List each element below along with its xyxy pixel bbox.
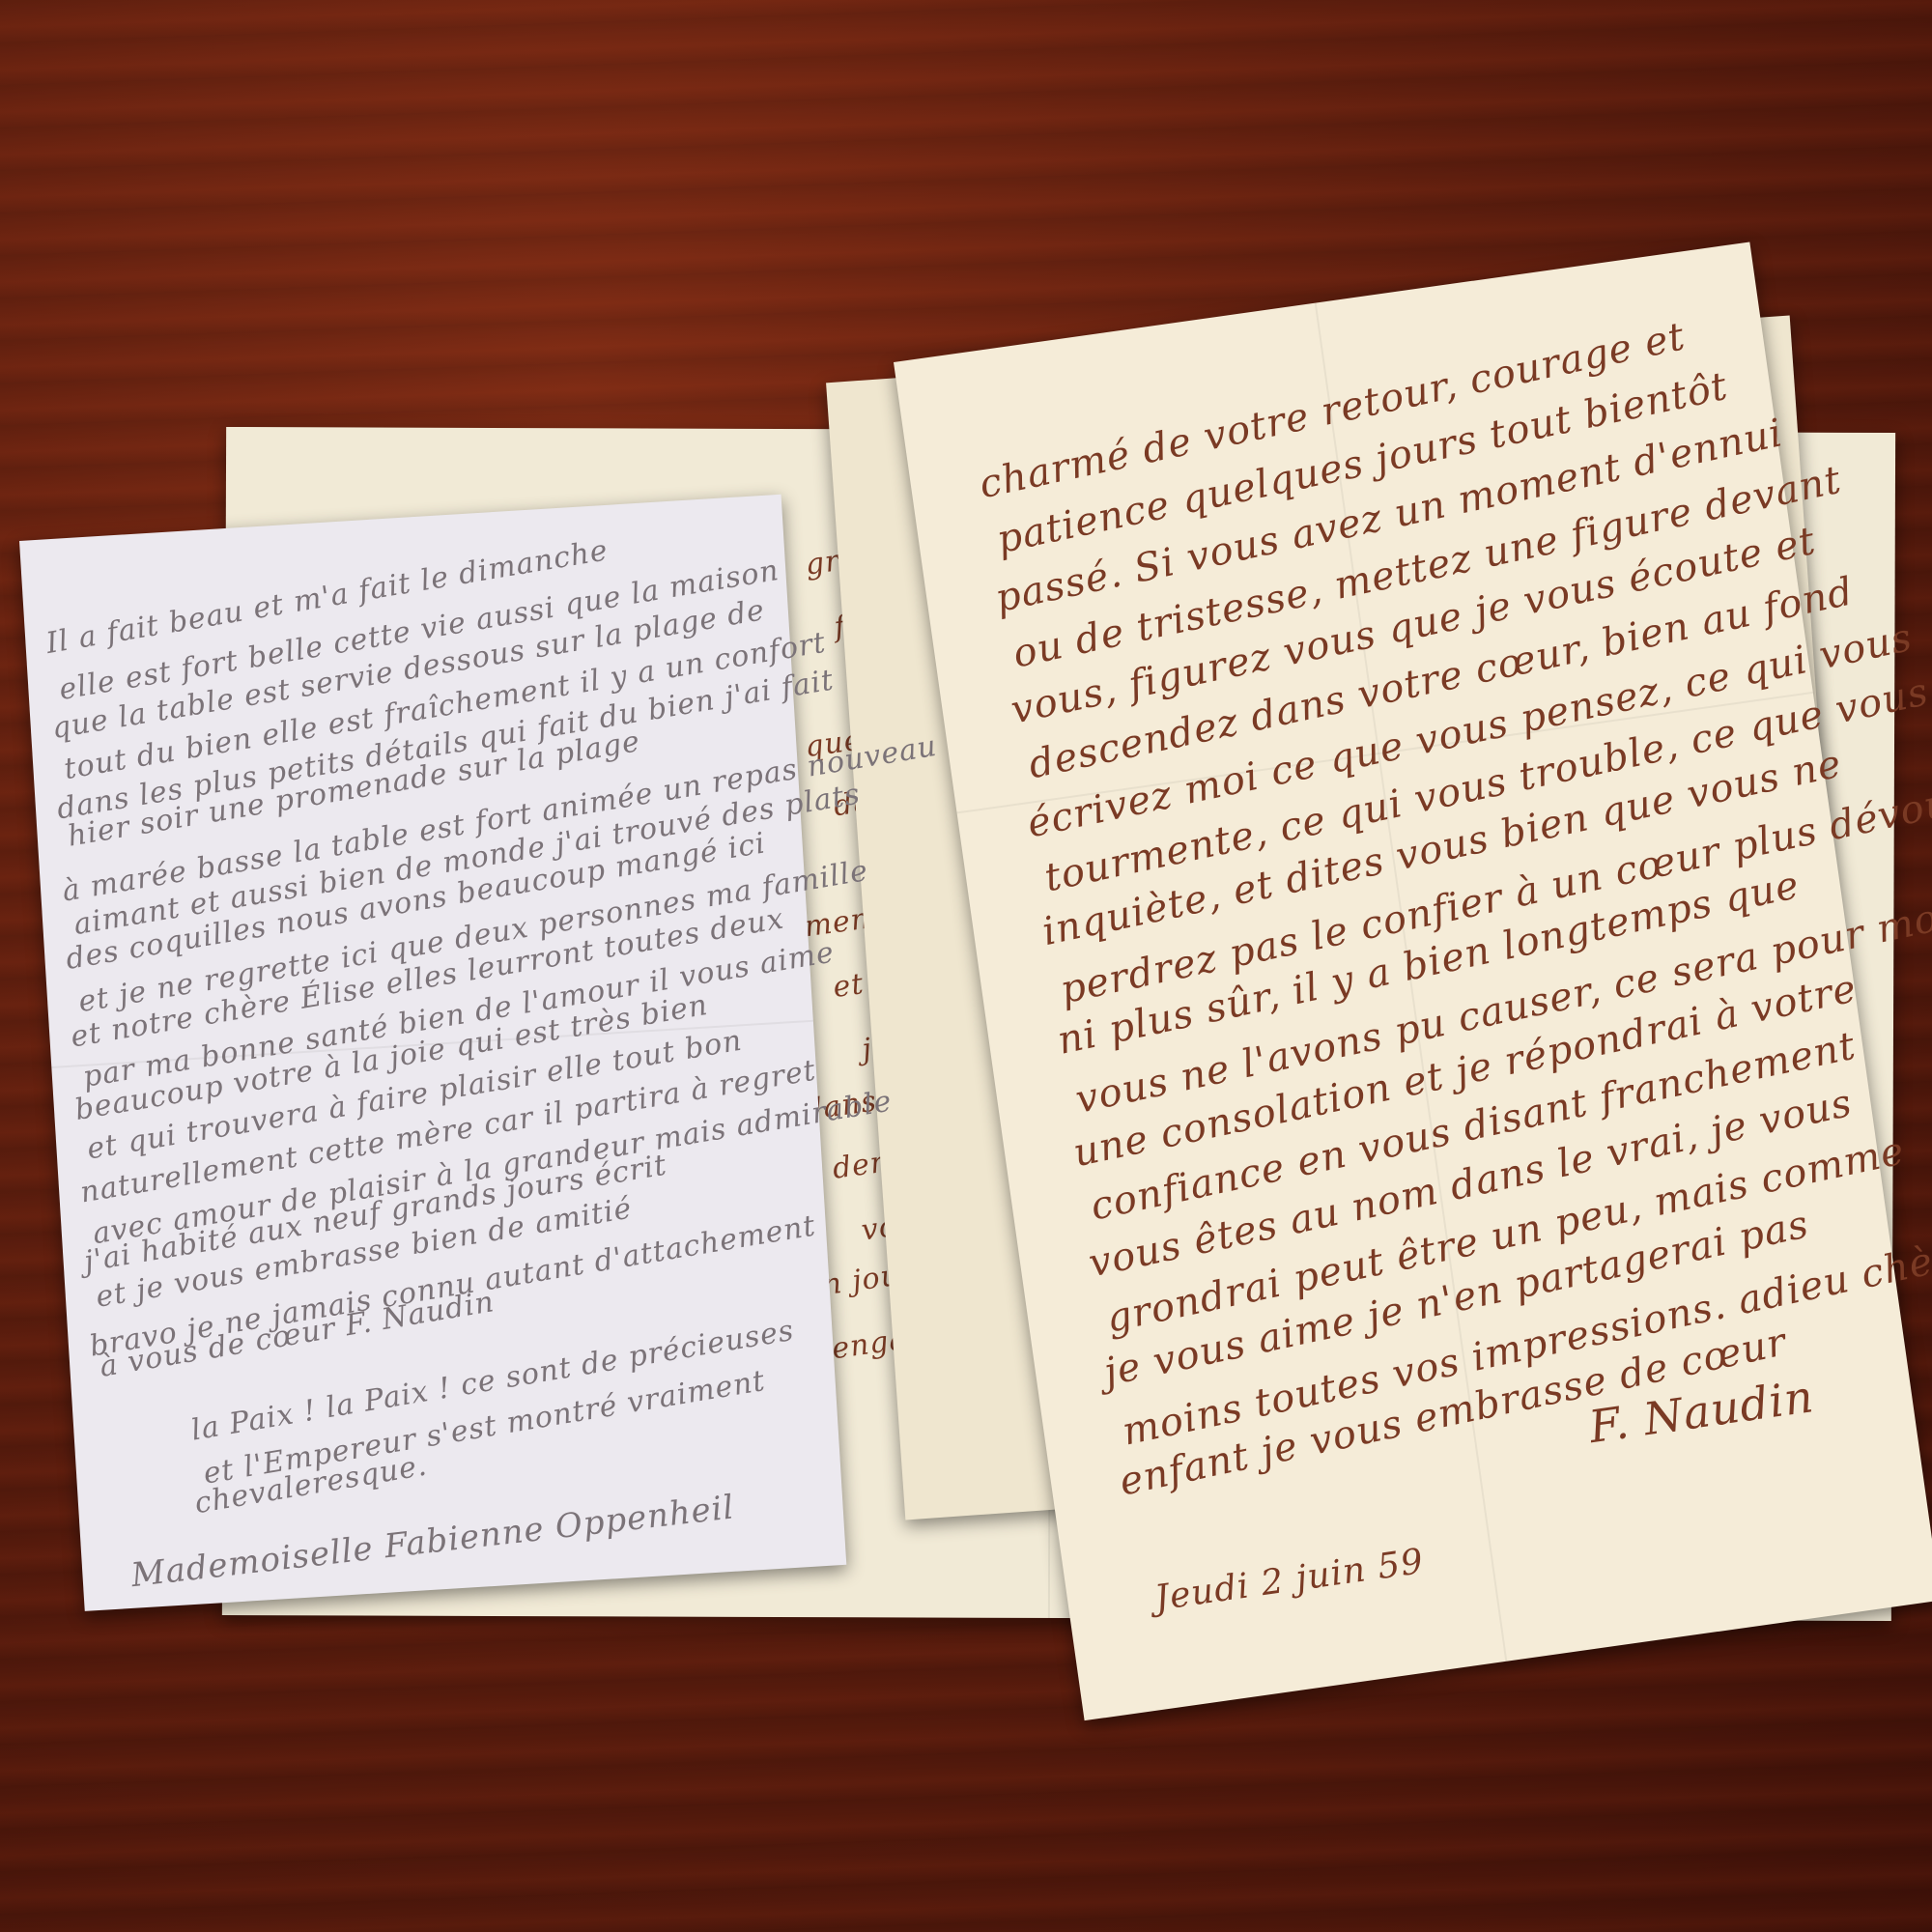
letter-date: Jeudi 2 juin 59 (1152, 1542, 1427, 1619)
left-letter: Il a fait beau et m'a fait le dimancheel… (19, 495, 846, 1611)
